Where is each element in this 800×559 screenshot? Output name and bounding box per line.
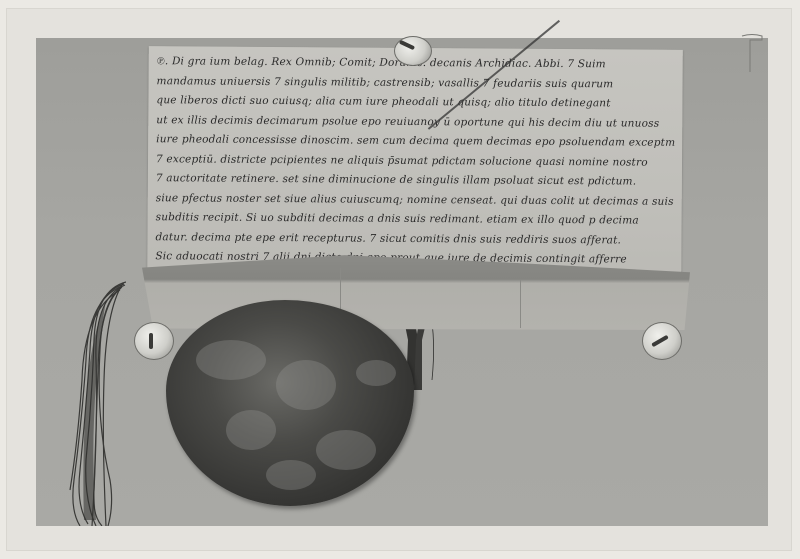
seal-relief <box>276 360 336 410</box>
mount-tear <box>740 34 768 74</box>
pin-slot <box>651 335 669 347</box>
seal-relief <box>356 360 396 386</box>
charter-text: ℗. Di gra ium belag. Rex Omnib; Comit; D… <box>155 52 677 290</box>
fold-crease <box>520 280 521 328</box>
seal-relief <box>266 460 316 490</box>
mounting-pin-right <box>642 322 682 360</box>
pin-slot <box>399 40 415 50</box>
mounting-pin-left <box>134 322 174 360</box>
pin-slot <box>149 333 153 349</box>
mounting-pin-top <box>394 36 432 66</box>
seal-cord-left <box>66 280 126 526</box>
charter-parchment: ℗. Di gra ium belag. Rex Omnib; Comit; D… <box>147 46 683 282</box>
seal-relief <box>226 410 276 450</box>
seal-relief <box>196 340 266 380</box>
seal-relief <box>316 430 376 470</box>
